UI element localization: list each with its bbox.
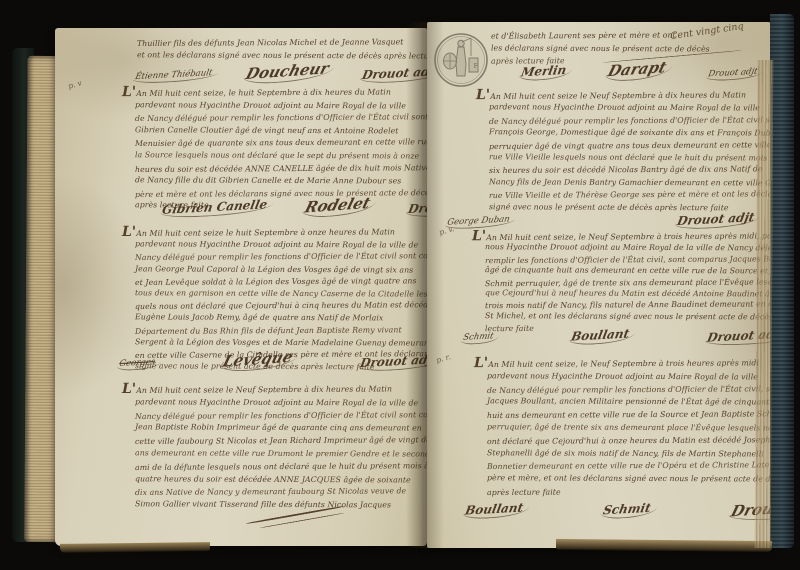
handwritten-line: âgé de cinquante huit ans demeurant en c… <box>485 264 772 277</box>
margin-note: p. r. <box>435 352 452 365</box>
entry-fragment: Thuillier fils des défunts Jean Nicolas … <box>137 36 427 62</box>
signature-row: Merlin Darapt Drouot adjt <box>519 60 763 80</box>
stamp-letters: F <box>474 62 479 70</box>
signature: Levêque <box>218 347 301 373</box>
register-entry: L'An Mil huit cent seize le Neuf Septemb… <box>135 382 427 512</box>
signature: Drouot adjt <box>357 352 427 373</box>
signature-row: Étienne Thiébault Doucheur Drouot adjt <box>133 62 427 82</box>
signature: Rodelet <box>300 193 378 219</box>
signature: Gibrien Canelle <box>159 197 275 219</box>
handwritten-line: pardevant nous Hyacinthe Drouot adjoint … <box>135 396 427 410</box>
under-page-edge-left <box>60 542 210 553</box>
signature: Georges <box>116 357 162 371</box>
signature-row: Schmit Boullant Drouot adjoint <box>461 328 772 344</box>
margin-note: p. v. <box>438 224 455 237</box>
handwritten-line: la Source lesquels nous ont déclaré que … <box>135 149 427 163</box>
signature: Drouot adjt <box>359 64 427 85</box>
under-page-edge-right <box>556 539 772 552</box>
signature-row: Gibrien Canelle Rodelet Drouot adjt <box>160 196 427 216</box>
signature: Drouot adjt <box>404 198 427 219</box>
handwritten-line: Simon Gallier vivant Tisserand fille des… <box>135 498 427 512</box>
register-entry: L'An Mil huit cent seize, le Neuf Septem… <box>485 230 772 334</box>
signature: Schmit <box>599 500 658 519</box>
right-page: F Cent vingt cinq p. v. p. r. et d'Élisa… <box>427 22 772 548</box>
register-scan: p. v Thuillier fils des défunts Jean Nic… <box>0 0 800 570</box>
margin-note: p. v <box>67 78 83 90</box>
handwritten-line: ans demeurant en cette ville rue Drumont… <box>135 447 427 461</box>
signature-row: George Duban Drouot adjt <box>445 212 761 228</box>
signature: Schmit <box>460 331 501 345</box>
right-page-underleaves <box>755 60 774 548</box>
handwritten-line: Eugène Louis Jacob Remy, âgé de quatre a… <box>135 312 427 326</box>
signature: Doucheur <box>241 59 337 86</box>
signature: Drouot adjt <box>705 66 765 81</box>
signature-row: Boullant Schmit Drouot adjoint <box>463 498 772 518</box>
handwritten-line: François George, Domestique âgé de soixa… <box>489 126 772 140</box>
left-page: p. v Thuillier fils des défunts Jean Nic… <box>55 28 427 546</box>
book-cover-right <box>770 14 794 548</box>
signature: Drouot adjt <box>674 210 762 231</box>
register-entry: L'An Mil huit cent seize le Neuf Septemb… <box>489 88 772 214</box>
signature: Étienne Thiébault <box>132 68 219 85</box>
handwritten-line: L'An Mil huit cent seize, le huit Septem… <box>122 84 427 101</box>
handwritten-line: L'An Mil huit cent seize, le Neuf Septem… <box>474 355 772 372</box>
register-entry: L'An Mil huit cent seize, le Neuf Septem… <box>487 356 772 499</box>
handwritten-line: perruquier, âgé de trente six ans demeur… <box>487 421 772 435</box>
handwritten-line: pardevant nous Hyacinthe Drouot adjoint … <box>487 370 772 384</box>
handwritten-line: de Nancy fille du dit Gibrien Canelle et… <box>135 174 427 188</box>
register-entry: L'An Mil huit cent seize, le huit Septem… <box>135 85 427 213</box>
signature: Boullant <box>568 326 637 346</box>
signature: Boullant <box>461 500 530 520</box>
handwritten-line: pardevant nous Hyacinthe Drouot adjoint … <box>489 102 772 116</box>
handwritten-line: ami de la défunte lesquels nous ont décl… <box>135 460 427 475</box>
handwritten-line: et ont les déclarans signé avec nous le … <box>137 48 427 62</box>
official-stamp: F <box>431 30 491 90</box>
handwritten-line: L'An Mil huit cent seize le Neuf Septemb… <box>122 381 427 398</box>
handwritten-line: ont déclaré que Cejourd'hui à onze heure… <box>487 434 772 449</box>
closing-flourish <box>245 514 355 526</box>
handwritten-line: Nancy délégué pour remplir les fonctions… <box>135 250 427 264</box>
signature-row: Georges Levêque Drouot adjt <box>117 350 427 370</box>
signature: Merlin <box>517 63 573 82</box>
